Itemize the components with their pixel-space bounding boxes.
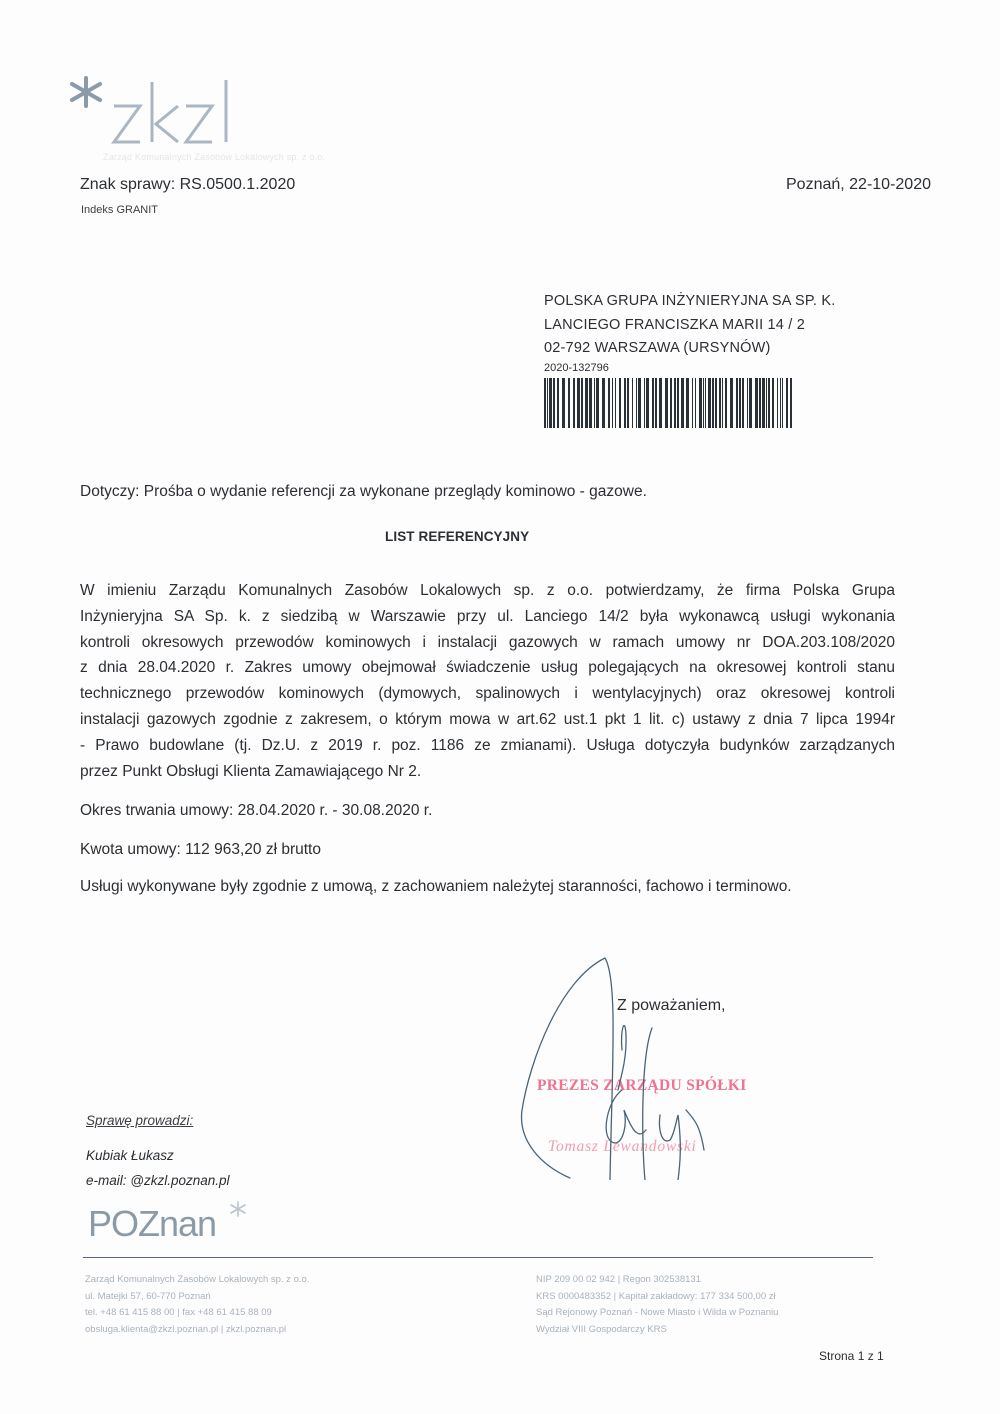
barcode-icon xyxy=(544,378,792,428)
address-line: POLSKA GRUPA INŻYNIERYJNA SA SP. K. xyxy=(544,290,835,314)
handler-name: Kubiak Łukasz xyxy=(86,1148,174,1163)
place-date: Poznań, 22-10-2020 xyxy=(786,176,931,194)
body-line: Inżynieryjna SA Sp. k. z siedzibą w Wars… xyxy=(80,604,895,630)
footer-line: KRS 0000483352 | Kapitał zakładowy: 177 … xyxy=(536,1289,778,1306)
asterisk-logo-icon xyxy=(66,72,256,152)
footer-registration-info: NIP 209 00 02 942 | Regon 302538131 KRS … xyxy=(536,1272,778,1338)
document-title: LIST REFERENCYJNY xyxy=(385,529,529,544)
case-number: Znak sprawy: RS.0500.1.2020 xyxy=(80,176,295,194)
svg-text:POZnan: POZnan xyxy=(88,1203,216,1242)
body-line: przez Punkt Obsługi Klienta Zamawiająceg… xyxy=(80,759,895,785)
handler-label: Sprawę prowadzi: xyxy=(86,1113,193,1128)
footer-line: ul. Matejki 57, 60-770 Poznań xyxy=(85,1289,309,1306)
footer-separator xyxy=(83,1257,873,1258)
subject-line: Dotyczy: Prośba o wydanie referencji za … xyxy=(80,483,647,501)
footer-line: Sąd Rejonowy Poznań - Nowe Miasto i Wild… xyxy=(536,1305,778,1322)
footer-line: Zarząd Komunalnych Zasobów Lokalowych sp… xyxy=(85,1272,309,1289)
footer-line: obsluga.klienta@zkzl.poznan.pl | zkzl.po… xyxy=(85,1322,309,1339)
body-line: W imieniu Zarządu Komunalnych Zasobów Lo… xyxy=(80,578,895,604)
page-number: Strona 1 z 1 xyxy=(819,1349,884,1363)
address-line: LANCIEGO FRANCISZKA MARII 14 / 2 xyxy=(544,314,835,338)
body-line: z dnia 28.04.2020 r. Zakres umowy obejmo… xyxy=(80,655,895,681)
closing-statement: Usługi wykonywane były zgodnie z umową, … xyxy=(80,878,792,896)
address-line: 02-792 WARSZAWA (URSYNÓW) xyxy=(544,337,835,361)
contract-amount: Kwota umowy: 112 963,20 zł brutto xyxy=(80,841,321,859)
contract-period: Okres trwania umowy: 28.04.2020 r. - 30.… xyxy=(80,802,432,820)
body-line: - Prawo budowlane (tj. Dz.U. z 2019 r. p… xyxy=(80,733,895,759)
signature-icon xyxy=(500,950,760,1180)
footer-line: NIP 209 00 02 942 | Regon 302538131 xyxy=(536,1272,778,1289)
body-line: technicznego przewodów kominowych (dymow… xyxy=(80,681,895,707)
footer-line: tel. +48 61 415 88 00 | fax +48 61 415 8… xyxy=(85,1305,309,1322)
body-line: instalacji gazowych zgodnie z zakresem, … xyxy=(80,707,895,733)
index-label: Indeks GRANIT xyxy=(81,204,158,216)
body-line: kontroli okresowych przewodów kominowych… xyxy=(80,630,895,656)
footer-company-info: Zarząd Komunalnych Zasobów Lokalowych sp… xyxy=(85,1272,309,1338)
barcode-number: 2020-132796 xyxy=(544,362,609,374)
handler-email: e-mail: @zkzl.poznan.pl xyxy=(86,1173,230,1188)
zkzl-logo xyxy=(66,72,256,152)
body-paragraph: W imieniu Zarządu Komunalnych Zasobów Lo… xyxy=(80,578,895,784)
recipient-address: POLSKA GRUPA INŻYNIERYJNA SA SP. K. LANC… xyxy=(544,290,835,361)
poznan-logo: POZnan xyxy=(88,1200,258,1242)
poznan-logo-icon: POZnan xyxy=(88,1200,258,1242)
footer-line: Wydział VIII Gospodarczy KRS xyxy=(536,1322,778,1339)
logo-subtitle: Zarząd Komunalnych Zasobów Lokalowych sp… xyxy=(103,152,325,162)
